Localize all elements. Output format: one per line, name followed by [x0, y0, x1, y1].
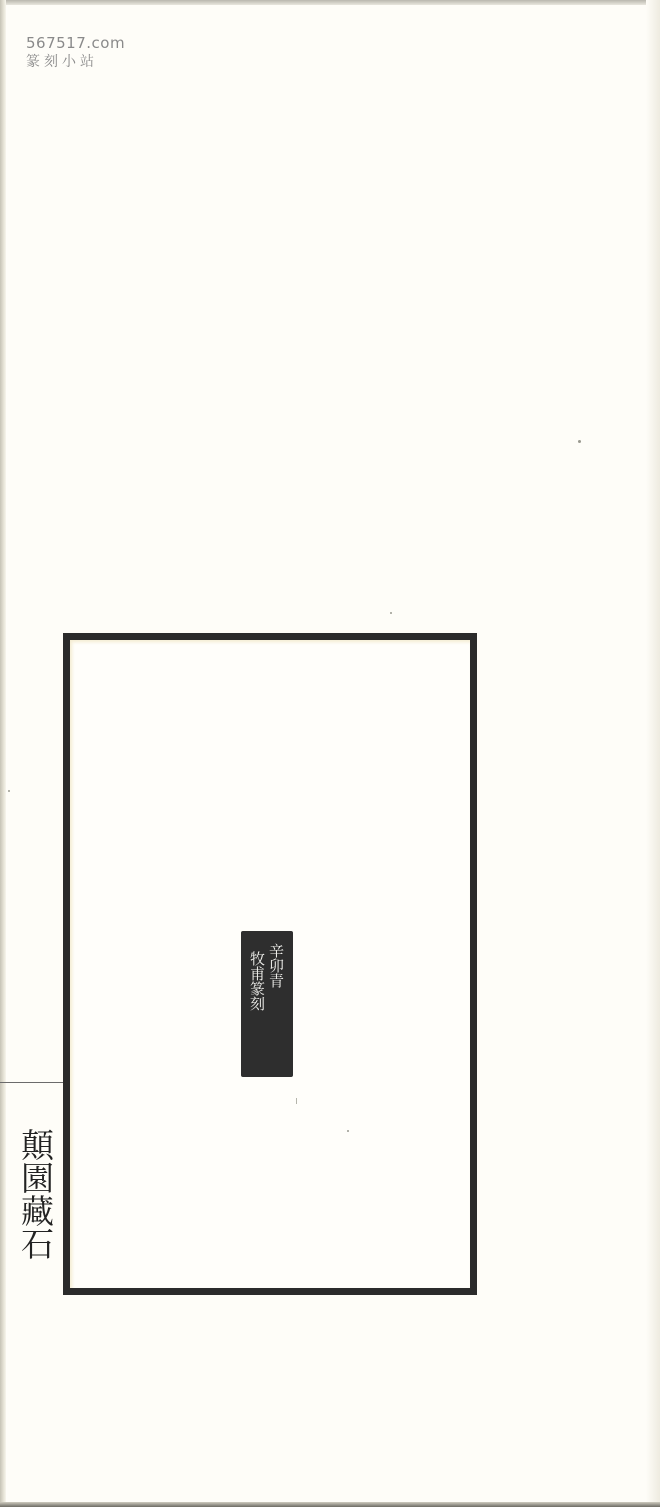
paper-speck — [8, 790, 10, 792]
watermark-site: 567517.com — [26, 34, 125, 53]
seal-text-left-column: 牧甫篆刻 — [248, 951, 266, 1011]
paper-speck — [296, 1098, 297, 1104]
watermark-name: 篆刻小站 — [26, 53, 125, 72]
page-right-edge — [646, 0, 660, 1507]
spine-divider-line — [0, 1082, 63, 1083]
page-top-edge — [0, 0, 660, 5]
book-page: 567517.com 篆刻小站 辛卯青 牧甫篆刻 顛園藏石 — [0, 0, 660, 1507]
watermark: 567517.com 篆刻小站 — [26, 34, 125, 72]
seal-impression: 辛卯青 牧甫篆刻 — [241, 931, 293, 1077]
spine-title: 顛園藏石 — [14, 1128, 54, 1260]
paper-speck — [578, 440, 581, 443]
paper-speck — [347, 1130, 349, 1132]
page-bottom-edge — [0, 1502, 660, 1507]
page-left-edge — [0, 0, 6, 1507]
paper-speck — [390, 612, 392, 614]
seal-text-right-column: 辛卯青 — [267, 943, 285, 988]
